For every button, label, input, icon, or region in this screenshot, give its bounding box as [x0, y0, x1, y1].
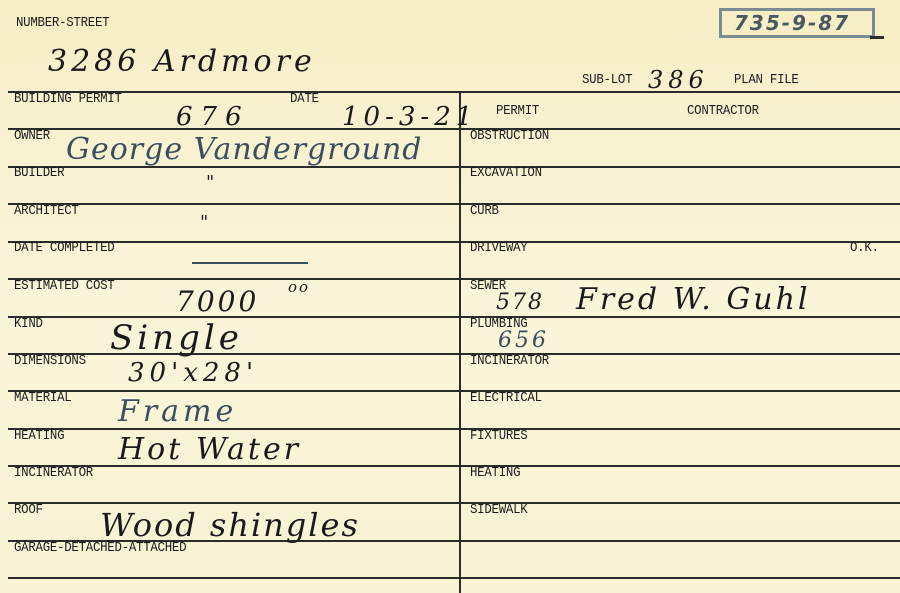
driveway-note: O.K.	[850, 241, 879, 256]
sidewalk-label: SIDEWALK	[470, 503, 527, 518]
rule	[8, 390, 900, 392]
column-divider	[459, 91, 461, 593]
plumbing-permit-value: 656	[498, 328, 549, 353]
permit-index-card: 735-9-87 NUMBER-STREET 3286 Ardmore SUB-…	[0, 0, 900, 593]
builder-label: BUILDER	[14, 166, 64, 181]
estimated-cost-cents: oo	[288, 278, 310, 296]
date-label: DATE	[290, 92, 319, 107]
material-value: Frame	[118, 394, 237, 429]
sub-lot-label: SUB-LOT	[582, 73, 632, 88]
rule	[8, 278, 900, 280]
number-street-label: NUMBER-STREET	[16, 16, 109, 31]
rule	[8, 241, 900, 243]
rule	[8, 577, 900, 579]
building-permit-label: BUILDING PERMIT	[14, 92, 122, 107]
obstruction-label: OBSTRUCTION	[470, 129, 549, 144]
owner-label: OWNER	[14, 129, 50, 144]
sub-lot-value: 386	[648, 66, 709, 94]
plan-file-label: PLAN FILE	[734, 73, 799, 88]
sewer-permit-value: 578	[496, 290, 544, 315]
electrical-label: ELECTRICAL	[470, 391, 542, 406]
building-permit-value: 676	[176, 102, 250, 132]
kind-value: Single	[110, 318, 243, 358]
dimensions-label: DIMENSIONS	[14, 354, 86, 369]
kind-label: KIND	[14, 317, 43, 332]
rule	[8, 502, 900, 504]
date-completed-label: DATE COMPLETED	[14, 241, 114, 256]
architect-value: "	[200, 212, 210, 233]
permit-column-header: PERMIT	[496, 104, 539, 119]
date-value: 10-3-21	[342, 102, 477, 132]
garage-label: GARAGE-DETACHED-ATTACHED	[14, 541, 186, 556]
heating-label: HEATING	[14, 429, 64, 444]
heating-value: Hot Water	[118, 432, 301, 467]
estimated-cost-value: 7000	[176, 285, 259, 318]
material-label: MATERIAL	[14, 391, 71, 406]
number-street-value: 3286 Ardmore	[48, 44, 316, 79]
architect-label: ARCHITECT	[14, 204, 79, 219]
estimated-cost-label: ESTIMATED COST	[14, 279, 114, 294]
dimensions-value: 30'x28'	[128, 358, 258, 388]
stamp-mark	[870, 36, 884, 39]
incinerator-permit-label: INCINERATOR	[470, 354, 549, 369]
sewer-contractor-value: Fred W. Guhl	[576, 282, 811, 317]
incinerator-label: INCINERATOR	[14, 466, 93, 481]
roof-value: Wood shingles	[100, 506, 360, 544]
owner-value: George Vanderground	[66, 132, 423, 167]
excavation-label: EXCAVATION	[470, 166, 542, 181]
roof-label: ROOF	[14, 503, 43, 518]
fixtures-label: FIXTURES	[470, 429, 527, 444]
rule	[8, 203, 900, 205]
builder-value: "	[206, 172, 216, 193]
curb-label: CURB	[470, 204, 499, 219]
contractor-column-header: CONTRACTOR	[687, 104, 759, 119]
heating-permit-label: HEATING	[470, 466, 520, 481]
driveway-label: DRIVEWAY	[470, 241, 527, 256]
file-number-stamp: 735-9-87	[719, 8, 875, 38]
rule	[8, 91, 900, 93]
date-completed-blank	[192, 262, 308, 264]
